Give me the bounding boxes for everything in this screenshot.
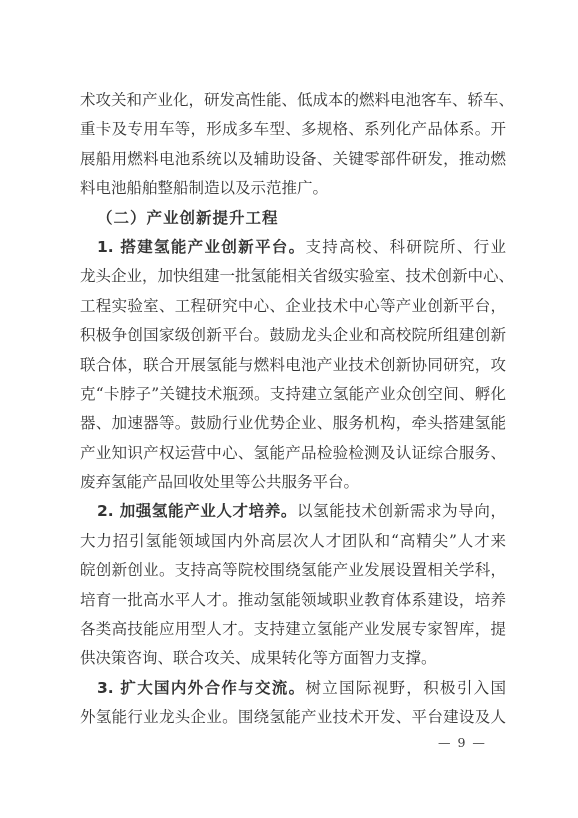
paragraph-lead-bold: 2. 加强氢能产业人才培养。: [97, 502, 297, 520]
text-line: 1. 搭建氢能产业创新平台。支持高校、科研院所、行业: [80, 233, 506, 262]
text-line: 皖创新创业。支持高等院校围绕氢能产业发展设置相关学科，: [80, 556, 506, 585]
text-line: 2. 加强氢能产业人才培养。以氢能技术创新需求为导向，: [80, 497, 506, 526]
document-page: 术攻关和产业化，研发高性能、低成本的燃料电池客车、轿车、重卡及专用车等，形成多车…: [0, 0, 578, 818]
page-number: — 9 —: [438, 735, 498, 751]
text-line: 供决策咨询、联合攻关、成果转化等方面智力支撑。: [80, 644, 506, 673]
text-line: 器、加速器等。鼓励行业优势企业、服务机构，牵头搭建氢能: [80, 409, 506, 438]
text-line: 各类高技能应用型人才。支持建立氢能产业发展专家智库，提: [80, 615, 506, 644]
body-text: 术攻关和产业化，研发高性能、低成本的燃料电池客车、轿车、重卡及专用车等，形成多车…: [80, 86, 506, 733]
text-line: 工程实验室、工程研究中心、企业技术中心等产业创新平台，: [80, 292, 506, 321]
text-line: 克“卡脖子”关键技术瓶颈。支持建立氢能产业众创空间、孵化: [80, 380, 506, 409]
text-line: 积极争创国家级创新平台。鼓励龙头企业和高校院所组建创新: [80, 321, 506, 350]
text-line: 大力招引氢能领域国内外高层次人才团队和“高精尖”人才来: [80, 527, 506, 556]
text-line: 龙头企业，加快组建一批氢能相关省级实验室、技术创新中心、: [80, 262, 506, 291]
text-line: 3. 扩大国内外合作与交流。树立国际视野，积极引入国: [80, 674, 506, 703]
text-line: 展船用燃料电池系统以及辅助设备、关键零部件研发，推动燃: [80, 145, 506, 174]
text-line: 重卡及专用车等，形成多车型、多规格、系列化产品体系。开: [80, 115, 506, 144]
text-line: 培育一批高水平人才。推动氢能领域职业教育体系建设，培养: [80, 586, 506, 615]
text-line: 产业知识产权运营中心、氢能产品检验检测及认证综合服务、: [80, 439, 506, 468]
text-line: 外氢能行业龙头企业。围绕氢能产业技术开发、平台建设及人: [80, 703, 506, 732]
text-line: 料电池船舶整船制造以及示范推广。: [80, 174, 506, 203]
text-line: 术攻关和产业化，研发高性能、低成本的燃料电池客车、轿车、: [80, 86, 506, 115]
paragraph-lead-bold: 3. 扩大国内外合作与交流。: [97, 679, 305, 697]
paragraph-lead-bold: 1. 搭建氢能产业创新平台。: [97, 238, 305, 256]
text-line: 废弃氢能产品回收处里等公共服务平台。: [80, 468, 506, 497]
section-heading: （二）产业创新提升工程: [80, 204, 506, 233]
text-line: 联合体，联合开展氢能与燃料电池产业技术创新协同研究，攻: [80, 351, 506, 380]
